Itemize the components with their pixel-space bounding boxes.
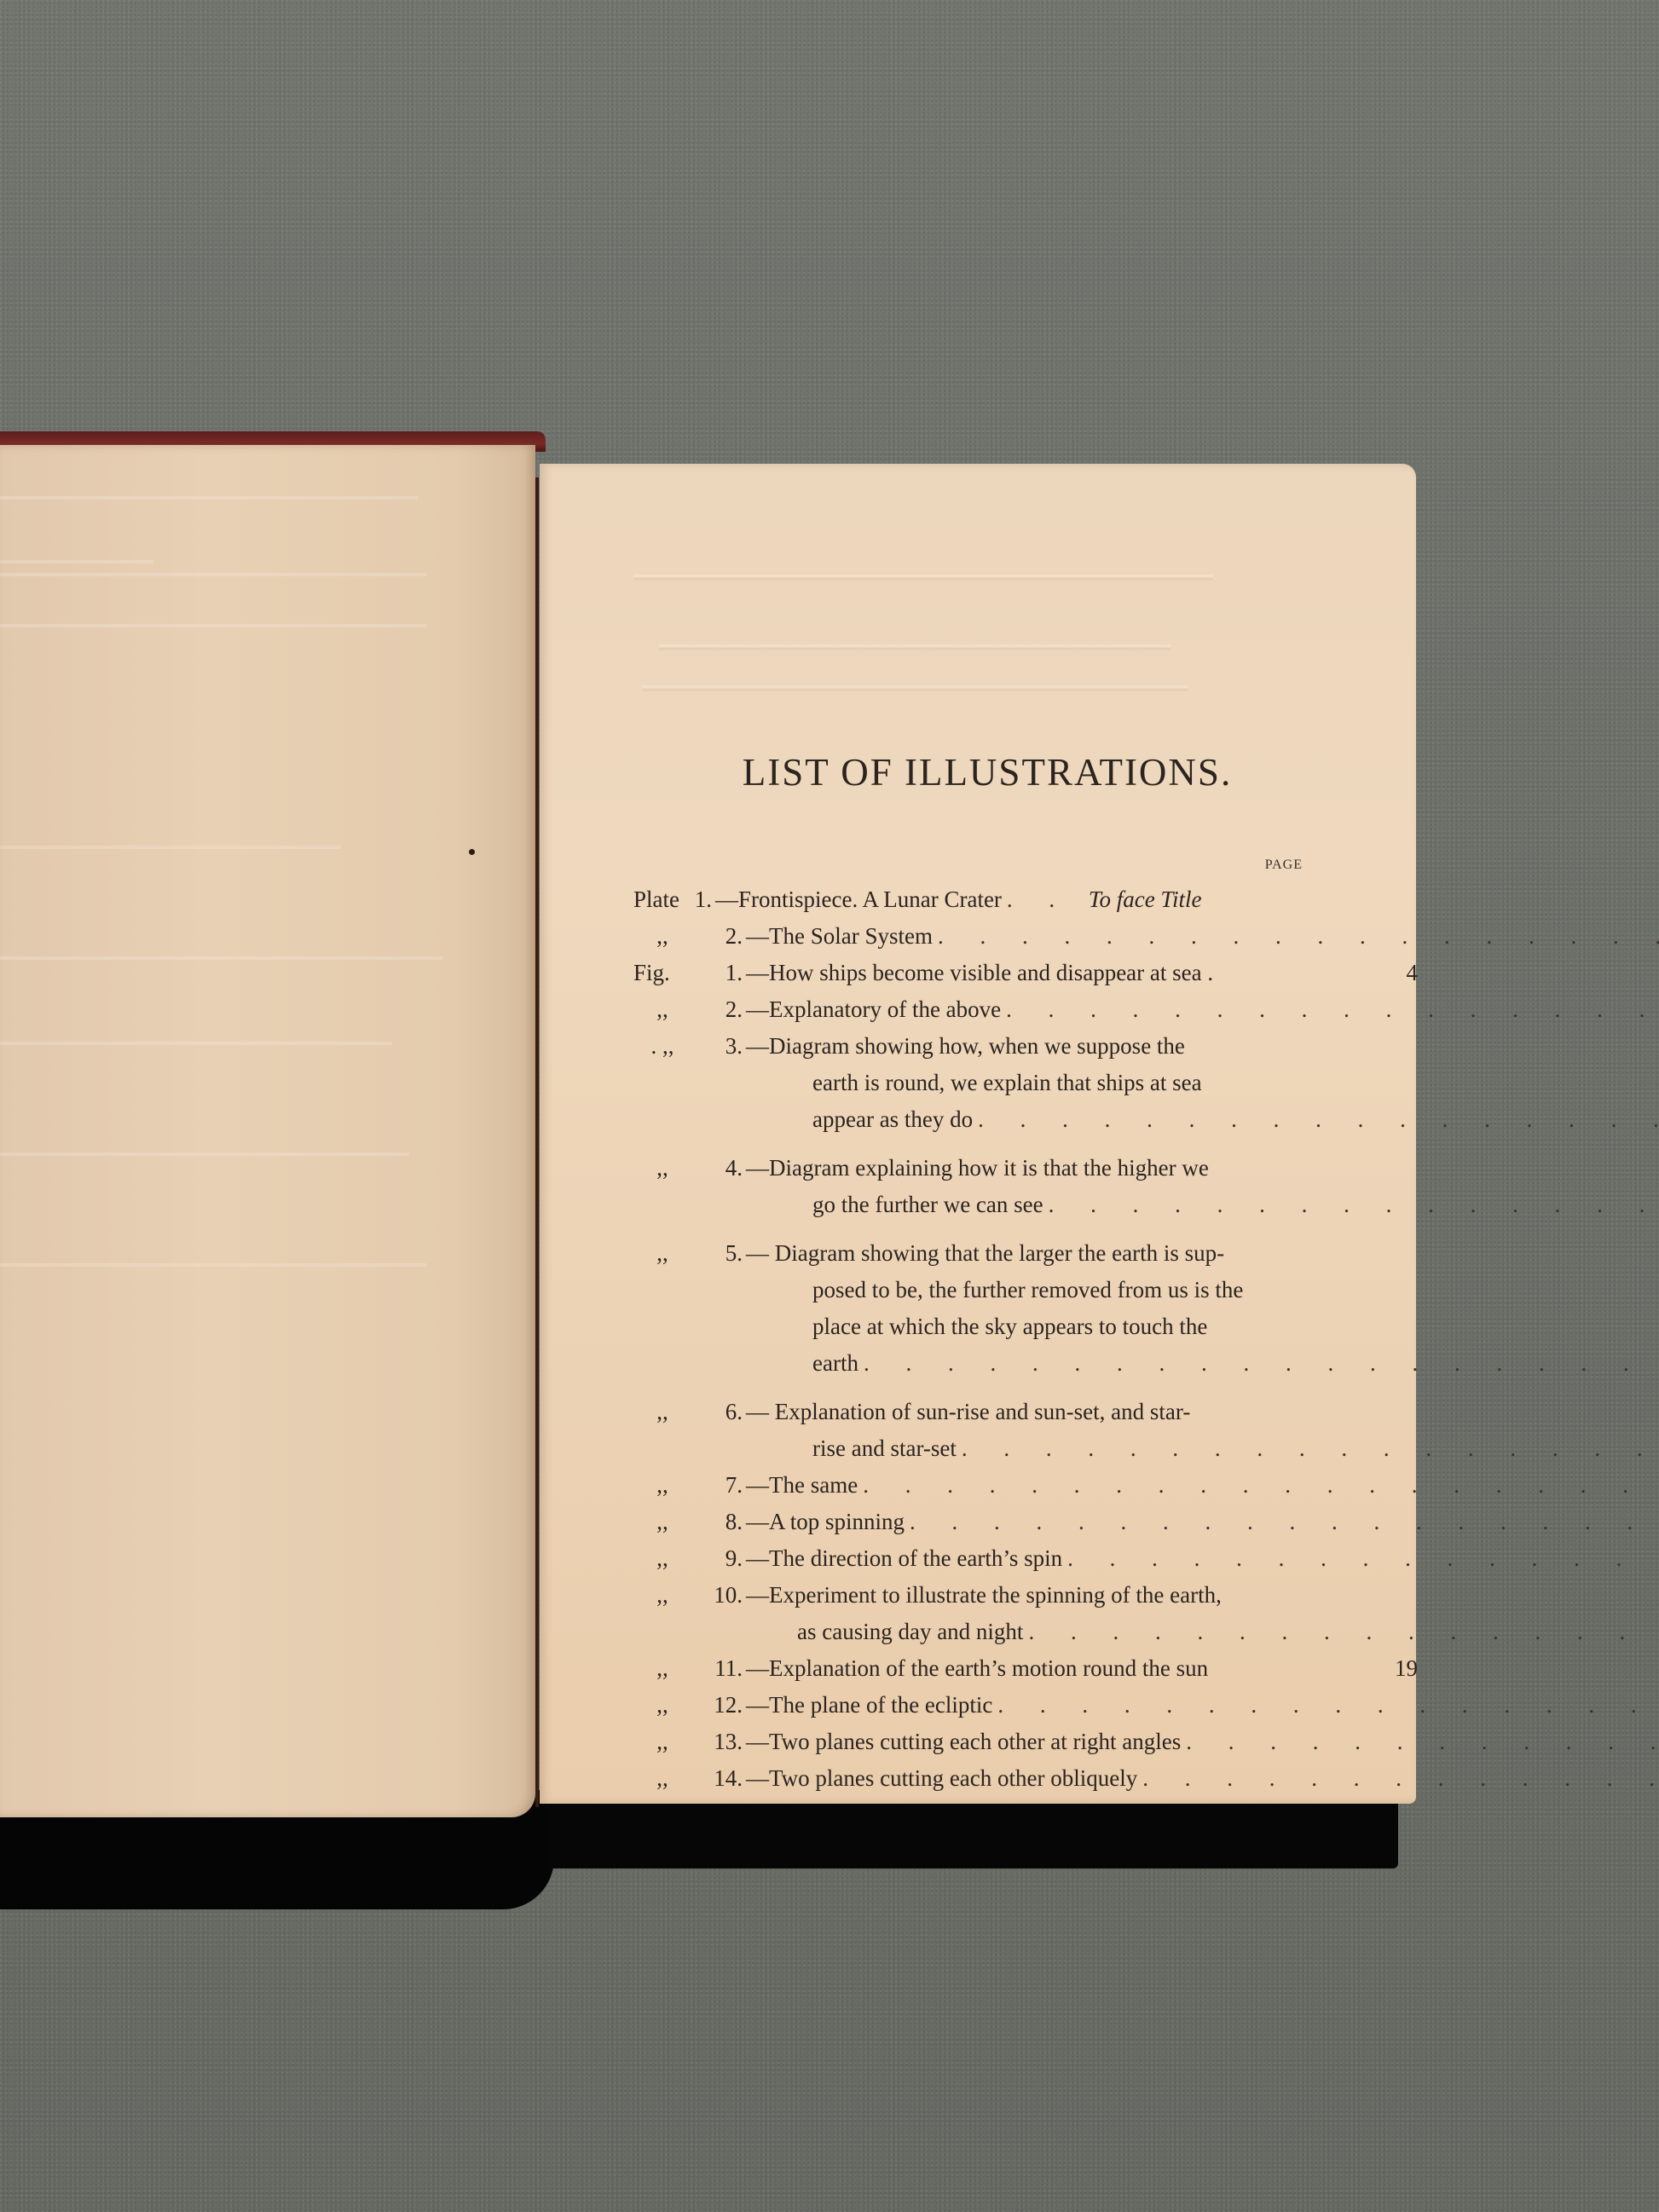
- ink-speck: [469, 849, 475, 855]
- entry-title: —Explanatory of the above: [746, 991, 1001, 1028]
- show-through-line: [642, 685, 1188, 688]
- entry-page: 4: [1372, 955, 1418, 991]
- entry-page: 19: [1372, 1650, 1418, 1687]
- dot-leader: . . . . . . . . . . . . . . . . . . . . …: [1181, 1724, 1659, 1760]
- entry-number: 9.: [691, 1540, 746, 1577]
- entry-prefix: ,,: [633, 1235, 691, 1272]
- entry-prefix: ,,: [633, 1577, 691, 1614]
- list-item: Fig. 1. —How ships become visible and di…: [633, 955, 1418, 991]
- entry-title: —The Solar System: [746, 918, 933, 955]
- show-through-line: [0, 1263, 426, 1267]
- entry-prefix: ,,: [633, 1394, 691, 1430]
- dot-leader: . . . . . . . . . . . . . . . . . . . . …: [933, 918, 1659, 955]
- list-item: ,, 10. —Experiment to illustrate the spi…: [633, 1577, 1418, 1650]
- entry-number: 13.: [691, 1724, 746, 1760]
- dot-leader: . . . . . . . . . . . . . . . . . . . . …: [1023, 1614, 1659, 1650]
- left-page-blank: [0, 445, 535, 1817]
- entry-title-cont: earth is round, we explain that ships at…: [812, 1065, 1202, 1101]
- entry-number: 3.: [691, 1028, 746, 1065]
- entry-number: 12.: [691, 1687, 746, 1724]
- dot-leader: . . . . . . . . . . . . . . . . . . . . …: [858, 1467, 1659, 1504]
- show-through-line: [659, 644, 1171, 647]
- entry-prefix: ,,: [633, 1760, 691, 1797]
- show-through-line: [0, 1042, 392, 1045]
- list-item: . ,, 3. —Diagram showing how, when we su…: [633, 1028, 1418, 1138]
- entry-number: 2.: [691, 918, 746, 955]
- entry-title: —Experiment to illustrate the spinning o…: [746, 1577, 1222, 1614]
- list-item: ,, 12. —The plane of the ecliptic. . . .…: [633, 1687, 1418, 1724]
- entry-number: 14.: [691, 1760, 746, 1797]
- dot-leader: . . . . . . . . . . . . . . . . . . . . …: [905, 1504, 1659, 1540]
- dot-leader: . . . . . . . . . . . . . . . . . . . . …: [973, 1101, 1659, 1138]
- dot-leader: . . . . . . . . . . . . . . . . . . . . …: [858, 1345, 1659, 1382]
- illustrations-list: Plate 1. —Frontispiece. A Lunar Crater. …: [633, 881, 1418, 1797]
- show-through-line: [0, 1152, 409, 1156]
- entry-prefix: ,,: [633, 1150, 691, 1187]
- entry-number: 10.: [691, 1577, 746, 1614]
- show-through-line: [0, 560, 153, 563]
- entry-title: —The same: [746, 1467, 858, 1504]
- entry-number: 7.: [691, 1467, 746, 1504]
- entry-title-cont: earth: [812, 1345, 858, 1382]
- dot-leader: . . . . . . . . . . . . . . . . . . . . …: [957, 1430, 1659, 1467]
- entry-title-cont: rise and star-set: [812, 1430, 957, 1467]
- entry-title: —Two planes cutting each other obliquely: [746, 1760, 1137, 1797]
- dot-leader: . . . . . . . . . . . . . . . . . . . . …: [1062, 1540, 1659, 1577]
- entry-title-cont: posed to be, the further removed from us…: [812, 1272, 1243, 1308]
- page-title: LIST OF ILLUSTRATIONS.: [540, 750, 1416, 794]
- entry-title: —Diagram showing how, when we suppose th…: [746, 1028, 1185, 1065]
- entry-prefix: ,,: [633, 1724, 691, 1760]
- entry-prefix: ,,: [633, 1650, 691, 1687]
- entry-prefix: Plate: [633, 881, 691, 918]
- entry-page: To face Title: [1089, 881, 1202, 918]
- entry-title: —Diagram explaining how it is that the h…: [746, 1150, 1209, 1187]
- list-item: Plate 1. —Frontispiece. A Lunar Crater. …: [633, 881, 1418, 918]
- show-through-line: [0, 956, 443, 960]
- entry-prefix: ,,: [633, 1467, 691, 1504]
- entry-number: 1.: [691, 881, 715, 918]
- entry-number: 2.: [691, 991, 746, 1028]
- list-item: ,, 6. — Explanation of sun-rise and sun-…: [633, 1394, 1418, 1467]
- list-item: ,, 9. —The direction of the earth’s spin…: [633, 1540, 1418, 1577]
- entry-number: 4.: [691, 1150, 746, 1187]
- entry-title: —The plane of the ecliptic: [746, 1687, 992, 1724]
- entry-prefix: . ,,: [633, 1028, 691, 1065]
- show-through-line: [0, 496, 418, 500]
- show-through-line: [0, 573, 426, 576]
- list-item: ,, 13. —Two planes cutting each other at…: [633, 1724, 1418, 1760]
- entry-number: 5.: [691, 1235, 746, 1272]
- right-page: LIST OF ILLUSTRATIONS. PAGE Plate 1. —Fr…: [540, 464, 1416, 1804]
- entry-prefix: ,,: [633, 1687, 691, 1724]
- entry-prefix: ,,: [633, 1504, 691, 1540]
- list-item: ,, 8. —A top spinning. . . . . . . . . .…: [633, 1504, 1418, 1540]
- entry-prefix: ,,: [633, 991, 691, 1028]
- entry-title: —Frontispiece. A Lunar Crater: [715, 881, 1002, 918]
- entry-number: 11.: [691, 1650, 746, 1687]
- dot-leader: . . . . . . . . . . . . . . . . . . . . …: [1002, 881, 1089, 918]
- list-item: ,, 2. —The Solar System. . . . . . . . .…: [633, 918, 1418, 955]
- entry-title: —How ships become visible and disappear …: [746, 955, 1213, 991]
- dot-leader: . . . . . . . . . . . . . . . . . . . . …: [1137, 1760, 1659, 1797]
- list-item: ,, 4. —Diagram explaining how it is that…: [633, 1150, 1418, 1223]
- list-item: ,, 5. — Diagram showing that the larger …: [633, 1235, 1418, 1382]
- list-item: ,, 7. —The same. . . . . . . . . . . . .…: [633, 1467, 1418, 1504]
- dot-leader: . . . . . . . . . . . . . . . . . . . . …: [992, 1687, 1659, 1724]
- list-item: ,, 11. —Explanation of the earth’s motio…: [633, 1650, 1418, 1687]
- entry-prefix: Fig.: [633, 955, 691, 991]
- entry-title: — Diagram showing that the larger the ea…: [746, 1235, 1224, 1272]
- entry-prefix: ,,: [633, 1540, 691, 1577]
- entry-title-cont: place at which the sky appears to touch …: [812, 1308, 1207, 1345]
- entry-title: — Explanation of sun-rise and sun-set, a…: [746, 1394, 1190, 1430]
- entry-title-cont: appear as they do: [812, 1101, 973, 1138]
- book-gutter: [535, 477, 539, 1807]
- show-through-line: [0, 846, 341, 849]
- entry-title: —The direction of the earth’s spin: [746, 1540, 1062, 1577]
- list-item: ,, 2. —Explanatory of the above. . . . .…: [633, 991, 1418, 1028]
- dot-leader: . . . . . . . . . . . . . . . . . . . . …: [1001, 991, 1659, 1028]
- entry-title-cont: as causing day and night: [797, 1614, 1023, 1650]
- entry-prefix: ,,: [633, 918, 691, 955]
- entry-number: 1.: [691, 955, 746, 991]
- entry-title: —A top spinning: [746, 1504, 905, 1540]
- entry-title-cont: go the further we can see: [812, 1187, 1043, 1223]
- dot-leader: . . . . . . . . . . . . . . . . . . . . …: [1043, 1187, 1659, 1223]
- list-item: ,, 14. —Two planes cutting each other ob…: [633, 1760, 1418, 1797]
- entry-number: 6.: [691, 1394, 746, 1430]
- entry-title: —Two planes cutting each other at right …: [746, 1724, 1181, 1760]
- entry-number: 8.: [691, 1504, 746, 1540]
- entry-title: —Explanation of the earth’s motion round…: [746, 1650, 1208, 1687]
- page-column-header: PAGE: [1265, 858, 1303, 873]
- show-through-line: [633, 575, 1213, 577]
- show-through-line: [0, 624, 426, 627]
